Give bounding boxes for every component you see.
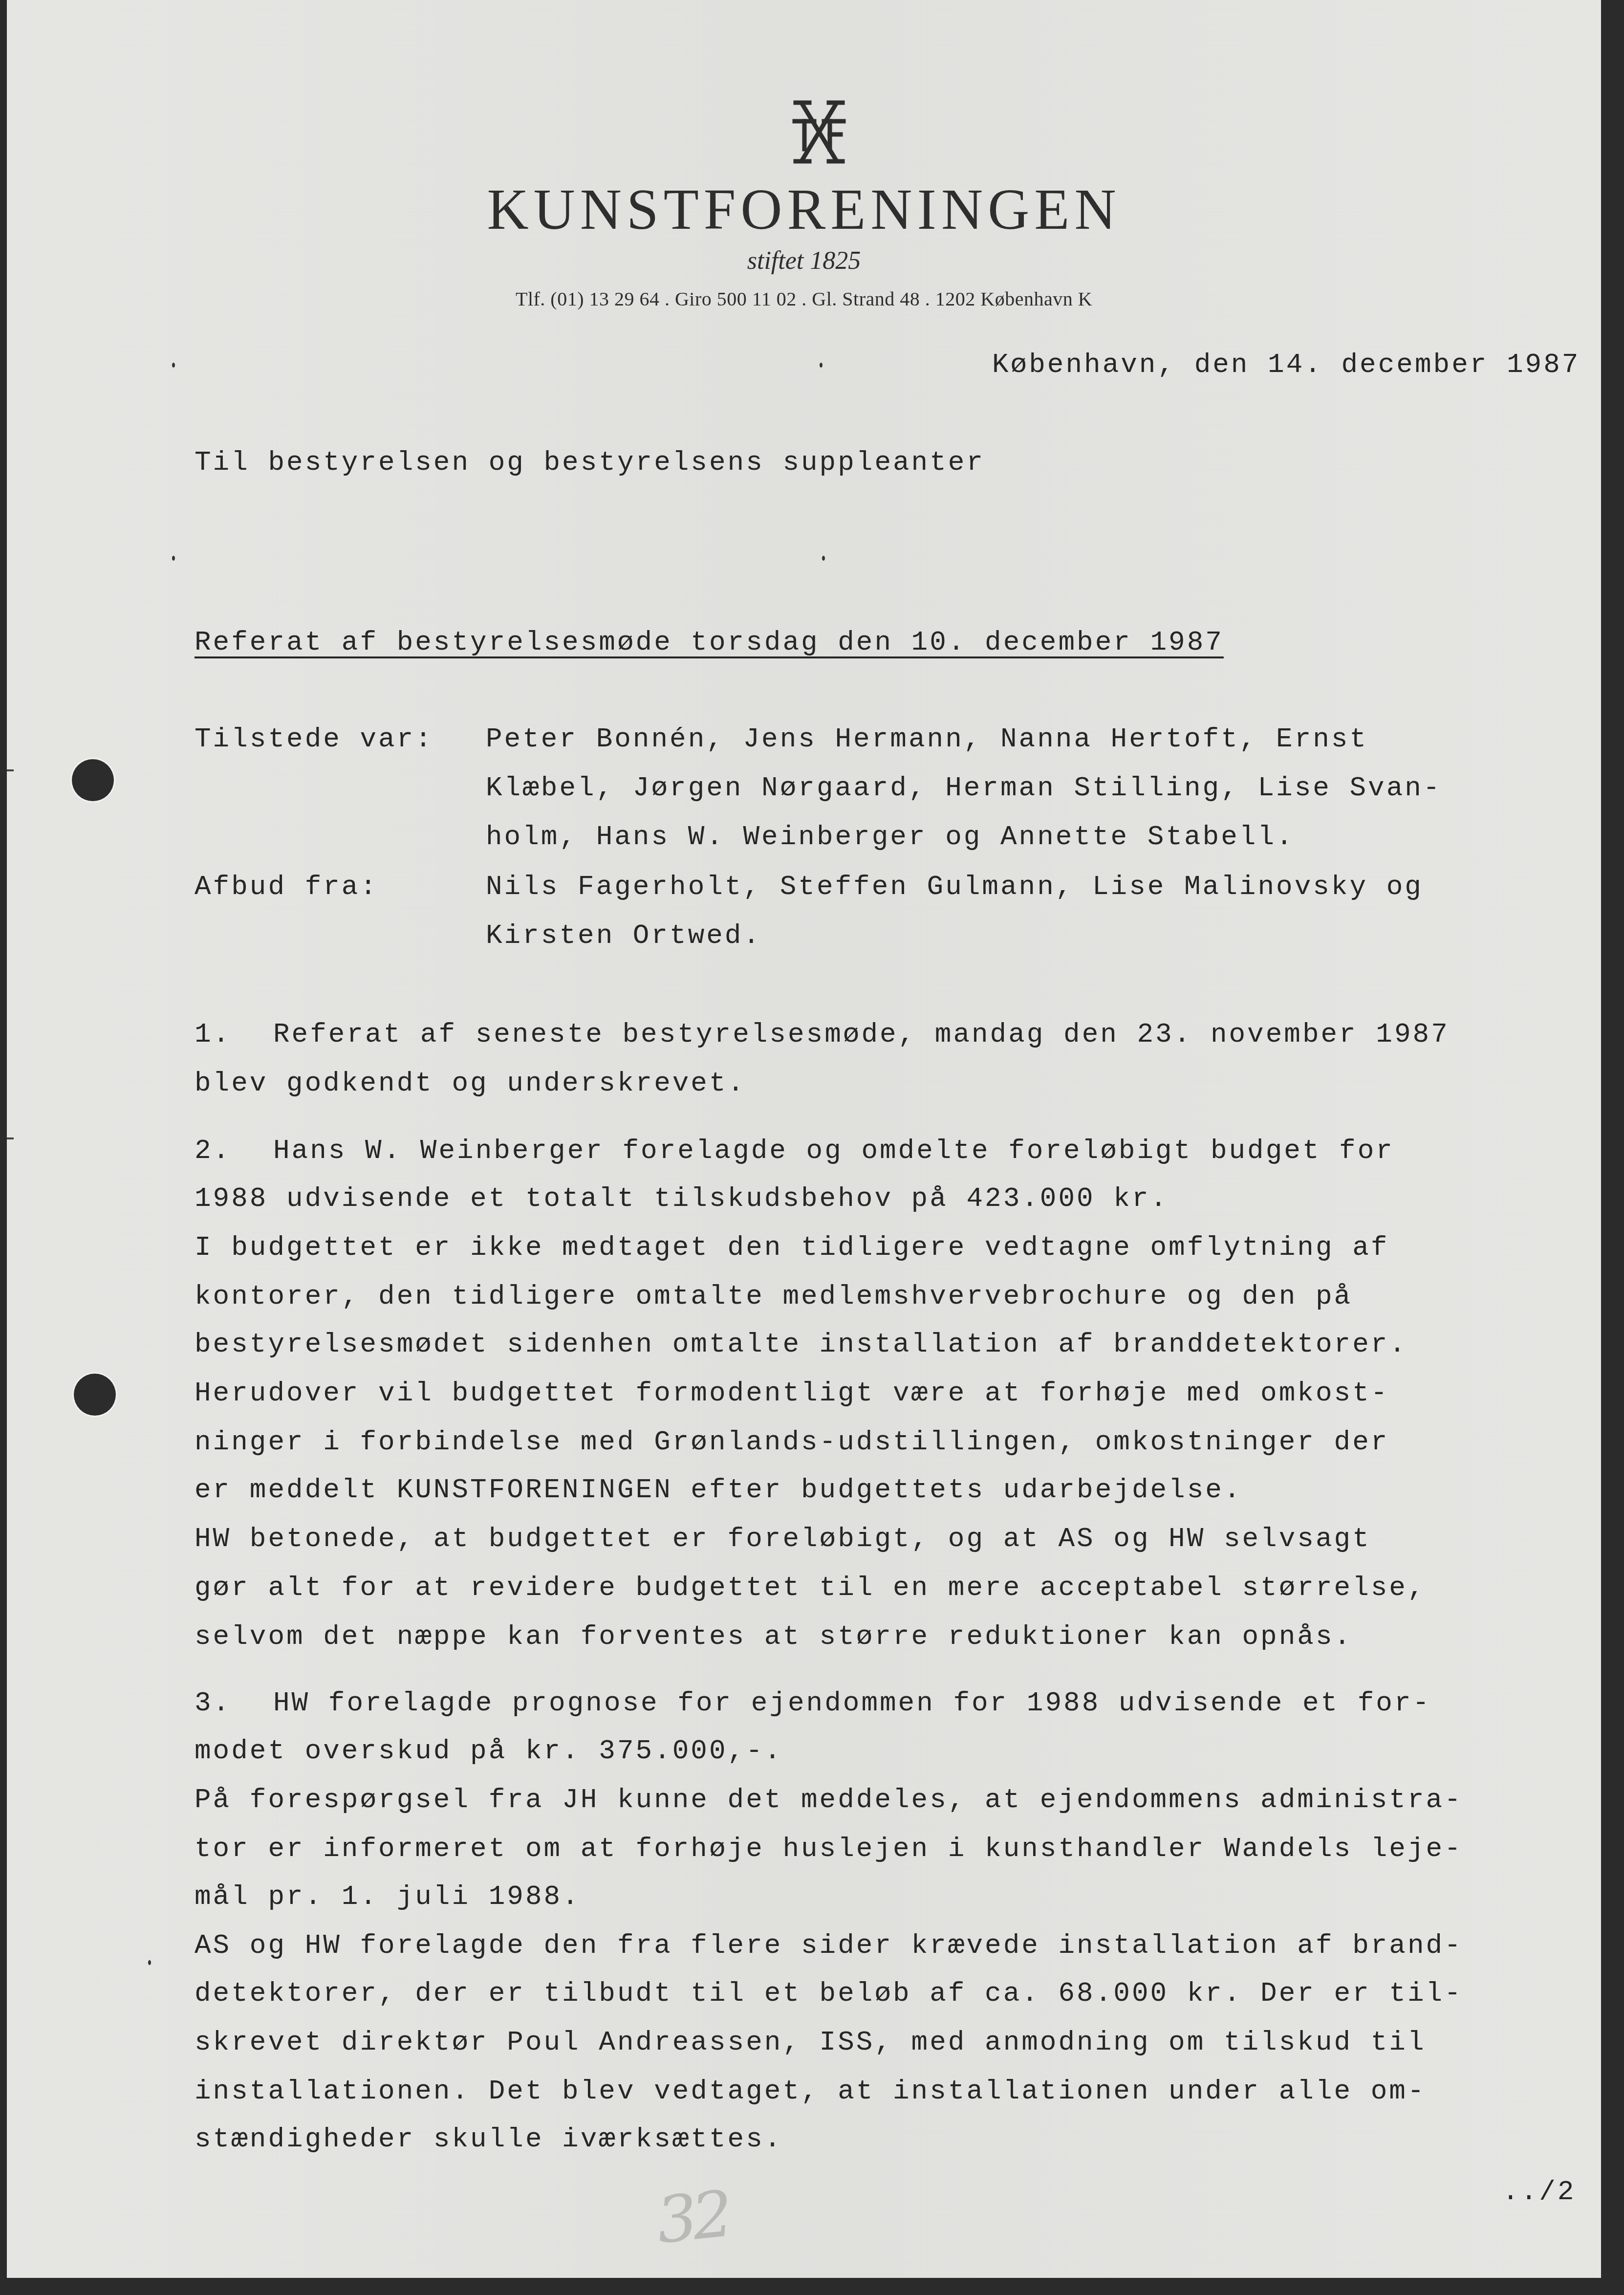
punch-hole-top — [72, 759, 114, 801]
item-3-line: HW forelagde prognose for ejendommen for… — [273, 1689, 1431, 1717]
date-line: København, den 14. december 1987 — [992, 351, 1580, 378]
typewriter-dot — [820, 363, 823, 368]
item-2-line: ninger i forbindelse med Grønlands-udsti… — [195, 1428, 1389, 1456]
item-2-line: selvom det næppe kan forventes at større… — [195, 1623, 1352, 1650]
item-2-line: kontorer, den tidligere omtalte medlemsh… — [195, 1283, 1352, 1310]
typewriter-dot — [172, 363, 175, 368]
present-label: Tilstede var: — [195, 725, 433, 753]
kf-monogram-icon — [790, 98, 848, 166]
absent-names-line: Kirsten Ortwed. — [486, 922, 761, 949]
item-2-line: bestyrelsesmødet sidenhen omtalte instal… — [195, 1331, 1407, 1358]
item-3-line: På forespørgsel fra JH kunne det meddele… — [195, 1786, 1463, 1814]
organization-name: KUNSTFORENINGEN — [7, 181, 1601, 239]
founded-line: stiftet 1825 — [7, 248, 1601, 274]
fold-mark-bottom — [7, 1137, 14, 1139]
contact-line: Tlf. (01) 13 29 64 . Giro 500 11 02 . Gl… — [7, 289, 1601, 309]
item-1-line: blev godkendt og underskrevet. — [195, 1070, 746, 1097]
absent-label: Afbud fra: — [195, 873, 378, 900]
item-2-line: gør alt for at revidere budgettet til en… — [195, 1574, 1426, 1601]
item-3-line: stændigheder skulle iværksættes. — [195, 2125, 782, 2153]
item-3-line: mål pr. 1. juli 1988. — [195, 1883, 581, 1910]
item-2-line: HW betonede, at budgettet er foreløbigt,… — [195, 1525, 1371, 1552]
document-page: KUNSTFORENINGEN stiftet 1825 Tlf. (01) 1… — [7, 0, 1601, 2278]
punch-hole-bottom — [74, 1374, 116, 1416]
absent-names-line: Nils Fagerholt, Steffen Gulmann, Lise Ma… — [486, 873, 1423, 900]
item-3-line: installationen. Det blev vedtaget, at in… — [195, 2077, 1426, 2105]
item-2-line: I budgettet er ikke medtaget den tidlige… — [195, 1234, 1389, 1261]
fold-mark-top — [7, 769, 14, 771]
item-1-number: 1. — [195, 1021, 231, 1048]
typewriter-dot — [148, 1960, 151, 1965]
item-3-number: 3. — [195, 1689, 231, 1717]
item-2-line: er meddelt KUNSTFORENINGEN efter budgett… — [195, 1476, 1242, 1504]
item-3-line: AS og HW forelagde den fra flere sider k… — [195, 1932, 1463, 1959]
item-3-line: tor er informeret om at forhøje huslejen… — [195, 1835, 1463, 1862]
item-1-line: Referat af seneste bestyrelsesmøde, mand… — [273, 1021, 1450, 1048]
handwritten-page-number: 32 — [653, 2177, 732, 2258]
typewriter-dot — [822, 556, 825, 561]
item-3-line: skrevet direktør Poul Andreassen, ISS, m… — [195, 2029, 1426, 2056]
item-2-number: 2. — [195, 1137, 231, 1164]
item-2-line: Herudover vil budgettet formodentligt væ… — [195, 1379, 1389, 1407]
recipient-line: Til bestyrelsen og bestyrelsens supplean… — [195, 449, 985, 476]
document-title: Referat af bestyrelsesmøde torsdag den 1… — [195, 629, 1224, 656]
present-names-line: holm, Hans W. Weinberger og Annette Stab… — [486, 823, 1295, 851]
present-names-line: Peter Bonnén, Jens Hermann, Nanna Hertof… — [486, 725, 1368, 753]
typewriter-dot — [172, 556, 175, 561]
present-names-line: Klæbel, Jørgen Nørgaard, Herman Stilling… — [486, 774, 1441, 802]
item-3-line: modet overskud på kr. 375.000,-. — [195, 1737, 782, 1765]
item-2-line: 1988 udvisende et totalt tilskudsbehov p… — [195, 1185, 1169, 1212]
item-2-line: Hans W. Weinberger forelagde og omdelte … — [273, 1137, 1394, 1164]
item-3-line: detektorer, der er tilbudt til et beløb … — [195, 1980, 1463, 2007]
continuation-marker: ../2 — [1502, 2178, 1576, 2206]
